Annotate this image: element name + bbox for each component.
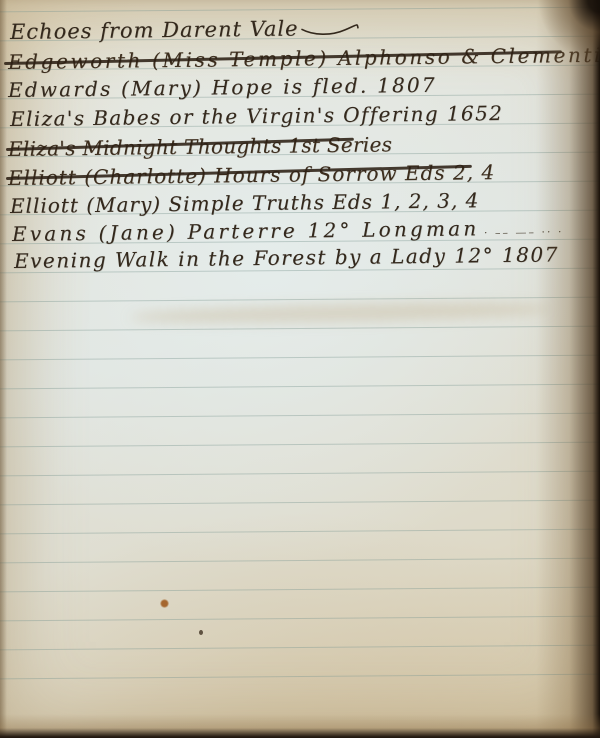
entry-text: Edwards (Mary) Hope is fled. 1807 (8, 73, 437, 102)
entry-text: Evening Walk in the Forest by a Lady 12°… (14, 242, 559, 273)
ink-speck (199, 630, 203, 635)
paper-smudge (130, 300, 550, 327)
entry-line-9: Evening Walk in the Forest by a Lady 12°… (14, 241, 559, 274)
entry-line-3: Edwards (Mary) Hope is fled. 1807 (8, 72, 437, 103)
entry-line-1: Echoes from Darent Vale (10, 15, 359, 45)
entry-text: Eliza's Babes or the Virgin's Offering 1… (10, 101, 504, 131)
page-edge-left (0, 0, 7, 738)
entry-line-4: Eliza's Babes or the Virgin's Offering 1… (10, 100, 504, 132)
entry-line-5: Eliza's Midnight Thoughts 1st Series (8, 131, 393, 162)
page-edge-bottom (0, 714, 600, 738)
entry-text: Elliott (Charlotte) Hours of Sorrow Eds … (8, 160, 495, 190)
entry-line-6: Elliott (Charlotte) Hours of Sorrow Eds … (8, 159, 495, 191)
page-edge-right (536, 0, 600, 738)
notebook-page: Echoes from Darent Vale Edgeworth (Miss … (0, 0, 600, 738)
entry-text: Eliza's Midnight Thoughts 1st Series (8, 132, 393, 161)
entry-text: Evans (Jane) Parterre 12° Longman (12, 216, 480, 246)
entry-line-7: Elliott (Mary) Simple Truths Eds 1, 2, 3… (10, 187, 480, 219)
ink-stain (160, 599, 169, 608)
page-corner-shadow (480, 0, 600, 95)
entry-text: Echoes from Darent Vale (10, 16, 299, 44)
entry-text: Elliott (Mary) Simple Truths Eds 1, 2, 3… (10, 188, 480, 218)
pen-flourish (300, 21, 358, 38)
